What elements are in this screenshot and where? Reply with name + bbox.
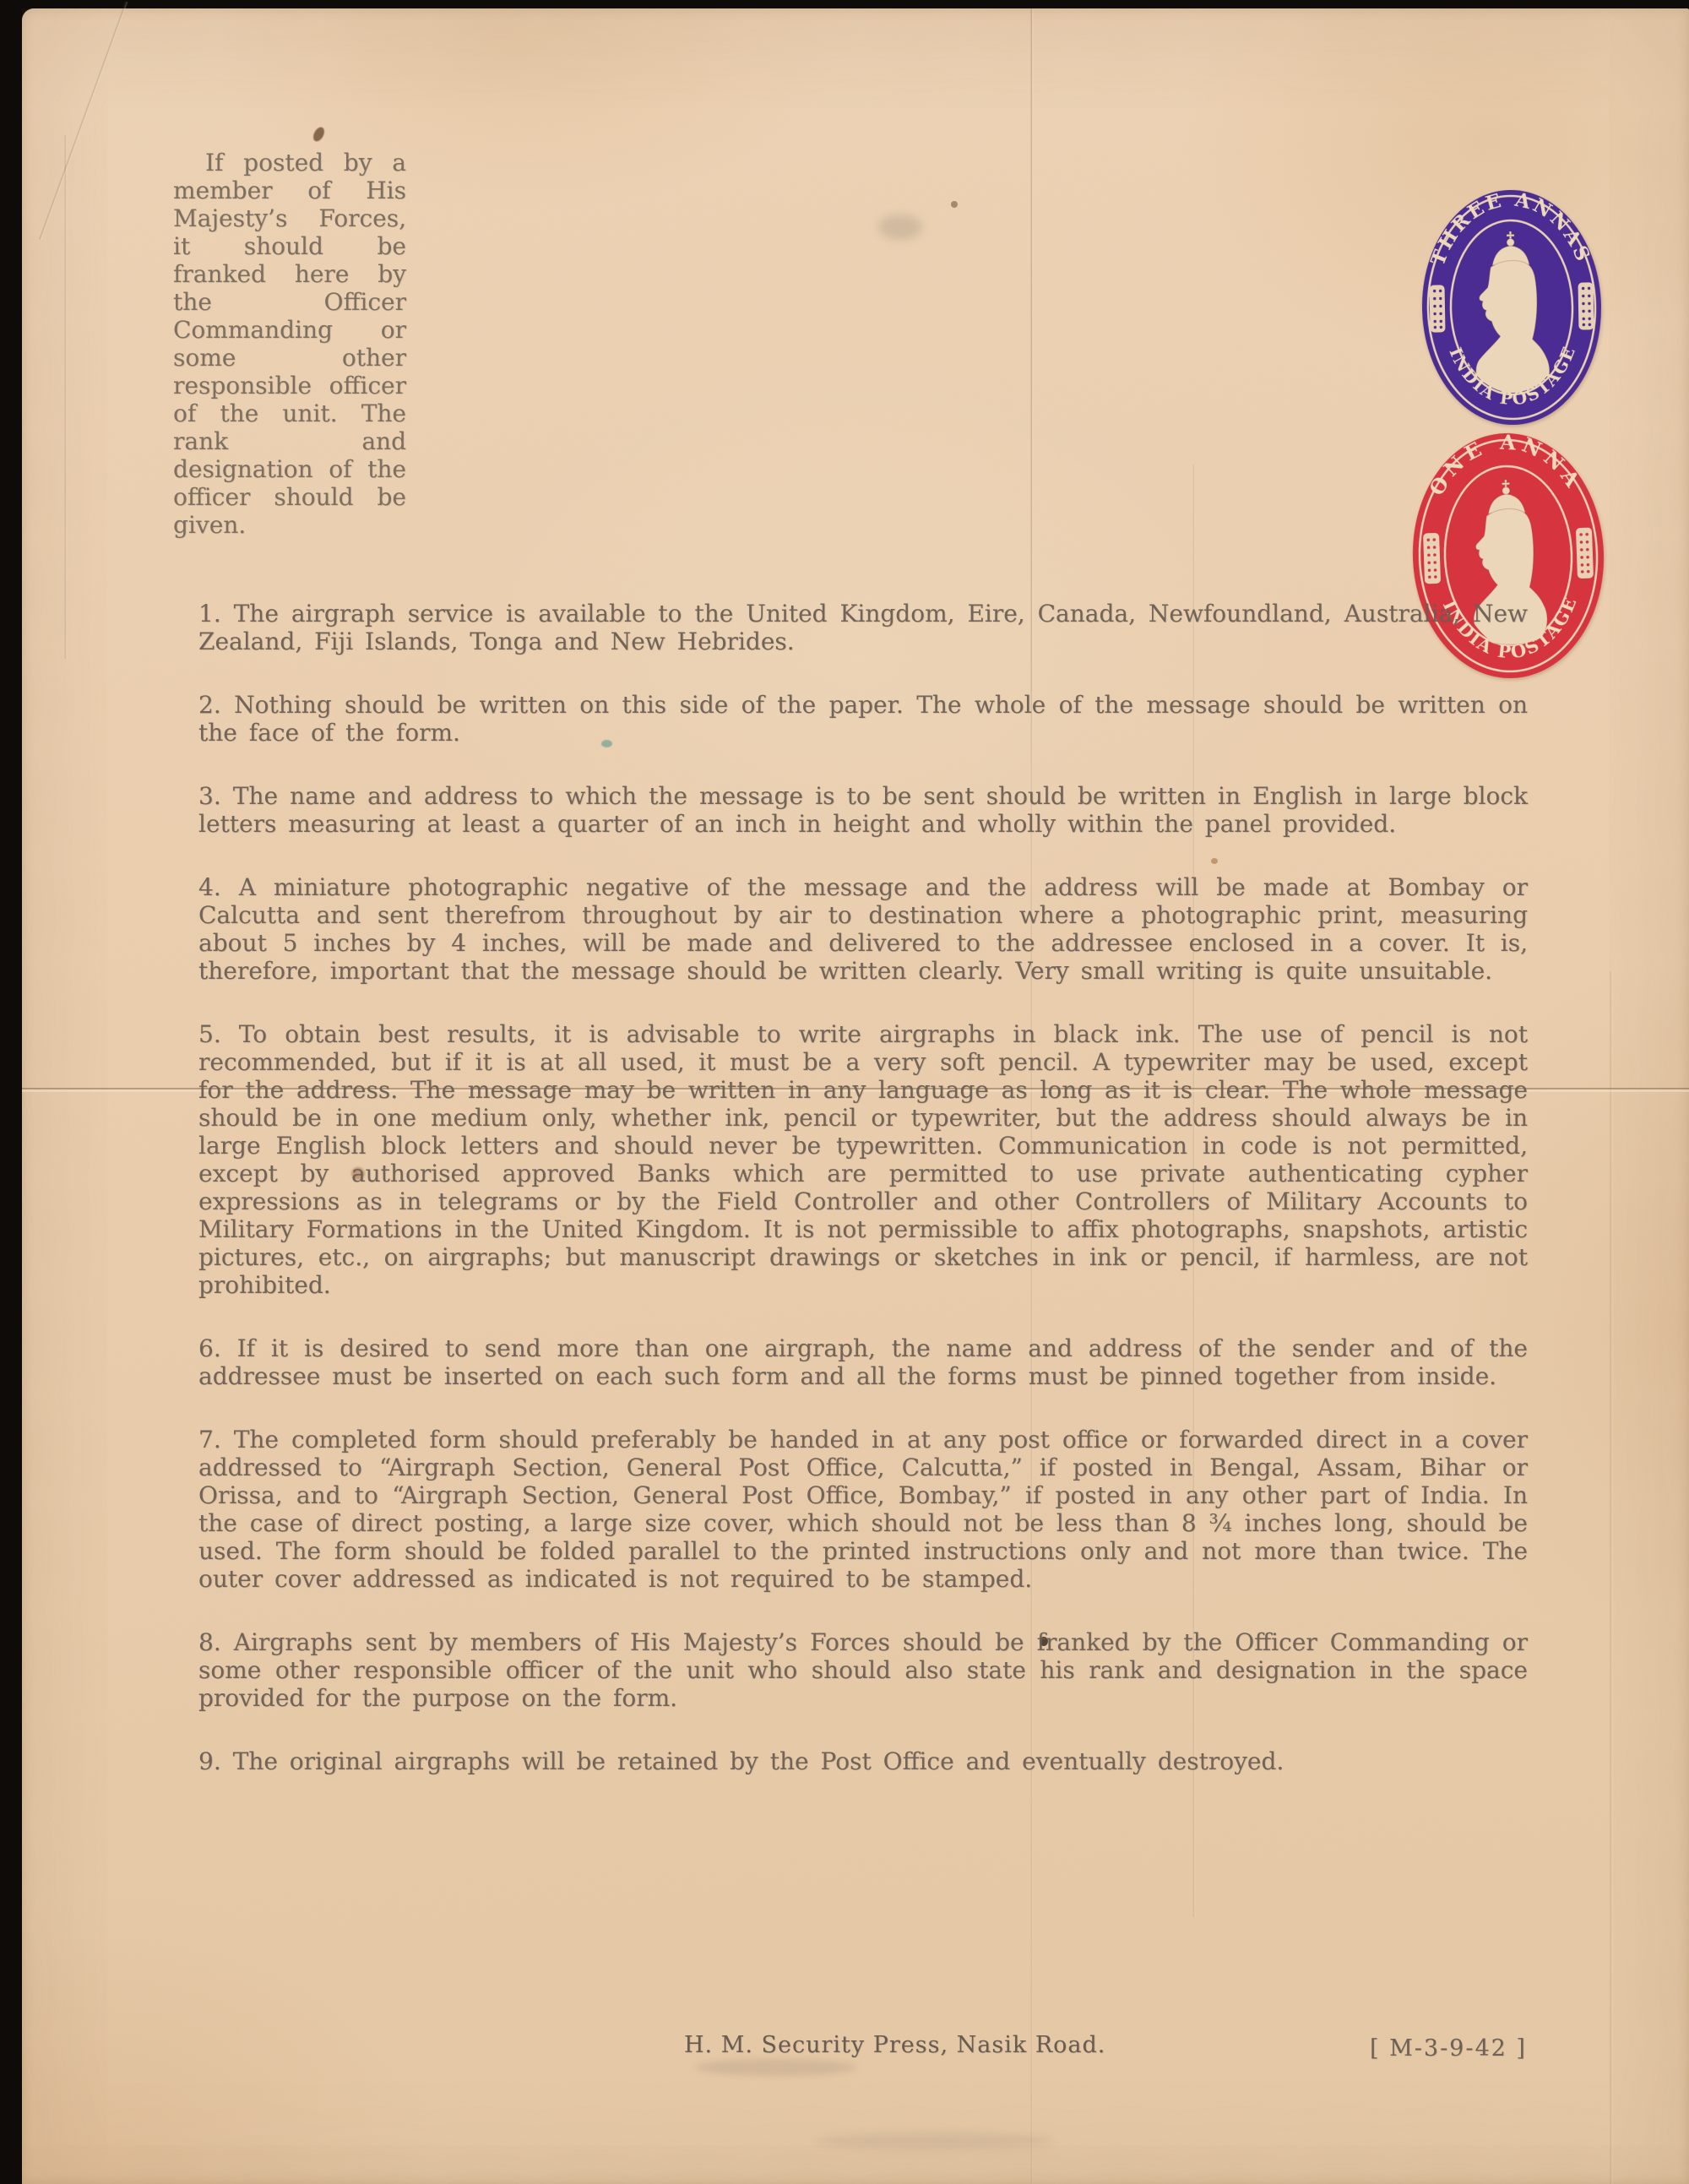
instruction-item-5: 5. To obtain best results, it is advisab…	[198, 1020, 1528, 1299]
fold-crease-vertical-edge	[1610, 971, 1613, 2184]
stamp-ornament-left	[1430, 285, 1446, 332]
franking-note: If posted by a member of His Majesty’s F…	[173, 149, 406, 539]
printer-imprint: H. M. Security Press, Nasik Road.	[684, 2032, 1105, 2058]
instruction-item-3: 3. The name and address to which the mes…	[198, 782, 1528, 838]
stamp-ornament-left	[1423, 533, 1441, 584]
three-annas-stamp: THREE ANNAS INDIA POSTAGE	[1417, 186, 1607, 430]
print-code: [ M-3-9-42 ]	[1370, 2035, 1527, 2062]
corner-crease-diagonal	[39, 1, 128, 240]
offset-ink-ghost	[696, 2059, 856, 2076]
offset-ink-ghost	[816, 2133, 1052, 2149]
instruction-item-7: 7. The completed form should preferably …	[198, 1426, 1528, 1593]
stamp-ornament-right	[1578, 282, 1594, 329]
instruction-item-2: 2. Nothing should be written on this sid…	[198, 691, 1528, 747]
fold-crease-vertical-left	[64, 135, 68, 659]
paper-smudge	[878, 215, 922, 240]
instruction-item-4: 4. A miniature photographic negative of …	[198, 873, 1528, 985]
paper-stain	[311, 125, 326, 143]
instructions-list: 1. The airgraph service is available to …	[198, 600, 1528, 1811]
instruction-item-9: 9. The original airgraphs will be retain…	[198, 1747, 1528, 1775]
aged-paper-sheet: If posted by a member of His Majesty’s F…	[22, 8, 1689, 2184]
stamp-ornament-right	[1576, 528, 1594, 579]
instruction-item-1: 1. The airgraph service is available to …	[198, 600, 1528, 655]
instruction-item-8: 8. Airgraphs sent by members of His Maje…	[198, 1628, 1528, 1712]
paper-stain	[951, 201, 958, 208]
instruction-item-6: 6. If it is desired to send more than on…	[198, 1334, 1528, 1390]
